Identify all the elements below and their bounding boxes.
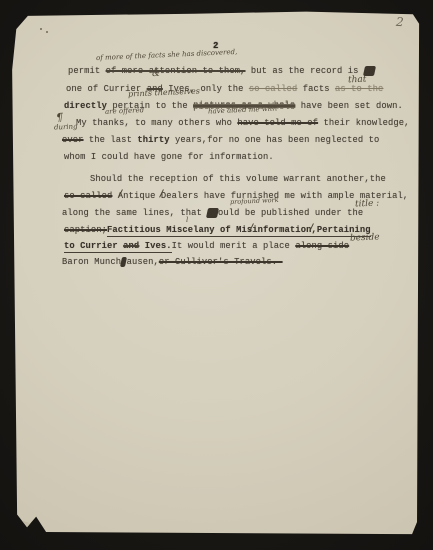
struck-text: or Gulliver's Travels.— bbox=[159, 257, 283, 267]
typed-segment: It would merit a place bbox=[172, 241, 296, 251]
underlined-title-text: to Currier bbox=[64, 241, 123, 253]
typed-line-11: to Currier and Ives.It would merit a pla… bbox=[64, 241, 349, 251]
handwritten-aided-with: have aided me with bbox=[208, 104, 278, 115]
underlined-title-text: Factitious Miscelany of Misinformation,P… bbox=[107, 225, 371, 237]
typed-segment: have been set down. bbox=[295, 101, 403, 111]
handwritten-prints-themselves: prints themselves bbox=[128, 87, 200, 98]
struck-text: over bbox=[62, 135, 84, 145]
typed-segment: Baron Munch bbox=[62, 257, 121, 267]
handwritten-pilcrow-mark: ¶ bbox=[56, 114, 63, 122]
typed-segment: ausen, bbox=[127, 257, 159, 267]
typed-segment: years,for no one has been neglected to bbox=[170, 135, 380, 145]
typed-segment: My thanks, to many others who bbox=[76, 118, 237, 128]
underlined-title-text: Ives. bbox=[139, 241, 171, 253]
handwritten-page-number: 2 bbox=[396, 18, 404, 27]
obliterated-text: sh bbox=[206, 208, 219, 218]
typed-line-6: whom I could have gone for information. bbox=[64, 152, 274, 162]
struck-text: so called bbox=[64, 191, 112, 201]
handwritten-profound-work: profound work bbox=[230, 196, 279, 206]
handwritten-during: during bbox=[54, 122, 78, 131]
typed-line-10: caption;Factitious Miscelany of Misinfor… bbox=[64, 225, 371, 235]
handwritten-are-offered: are offered bbox=[105, 106, 144, 116]
handwritten-insertion: of more of the facts she has discovered, bbox=[96, 48, 238, 62]
typed-line-5: over the last thirty years,for no one ha… bbox=[62, 135, 379, 145]
faint-struck-text: as to the bbox=[335, 84, 383, 94]
typed-segment: their knowledge, bbox=[318, 118, 409, 128]
typed-line-1: permit of more attention to them, but as… bbox=[68, 66, 375, 76]
struck-text: of more attention to them, bbox=[106, 66, 246, 76]
typed-segment: whom I could have gone for information. bbox=[64, 152, 274, 162]
typed-segment: the last bbox=[84, 135, 138, 145]
typed-segment: thirty bbox=[137, 135, 169, 145]
typed-segment: Should the reception of this volume warr… bbox=[90, 174, 386, 184]
struck-text: have told me of bbox=[237, 118, 318, 128]
typed-segment: ould be published under the bbox=[218, 208, 363, 218]
typed-segment: permit bbox=[68, 66, 106, 76]
struck-text: caption; bbox=[64, 225, 107, 235]
struck-text: along side bbox=[295, 241, 349, 251]
typed-line-9: along the same lines, that should be pub… bbox=[62, 208, 363, 218]
typed-line-7: Should the reception of this volume warr… bbox=[90, 174, 386, 184]
handwritten-beside: beside bbox=[350, 233, 380, 242]
handwritten-ampersand: & bbox=[152, 70, 160, 78]
faint-struck-text: so called bbox=[249, 84, 297, 94]
ink-speck bbox=[40, 28, 42, 30]
typed-line-4: My thanks, to many others who have told … bbox=[76, 118, 410, 128]
handwritten-inserted-l: l bbox=[186, 216, 189, 224]
typed-line-12: Baron Munchhausen,or Gulliver's Travels.… bbox=[62, 257, 283, 267]
manuscript-page: 2 2 of more of the facts she has discove… bbox=[8, 10, 422, 540]
ink-speck bbox=[46, 31, 48, 33]
typed-segment: facts bbox=[297, 84, 335, 94]
struck-text: and bbox=[123, 241, 139, 253]
typed-segment: but as the record is bbox=[246, 66, 364, 76]
typed-line-2: one of Currier and Ives, only the so cal… bbox=[66, 84, 383, 94]
